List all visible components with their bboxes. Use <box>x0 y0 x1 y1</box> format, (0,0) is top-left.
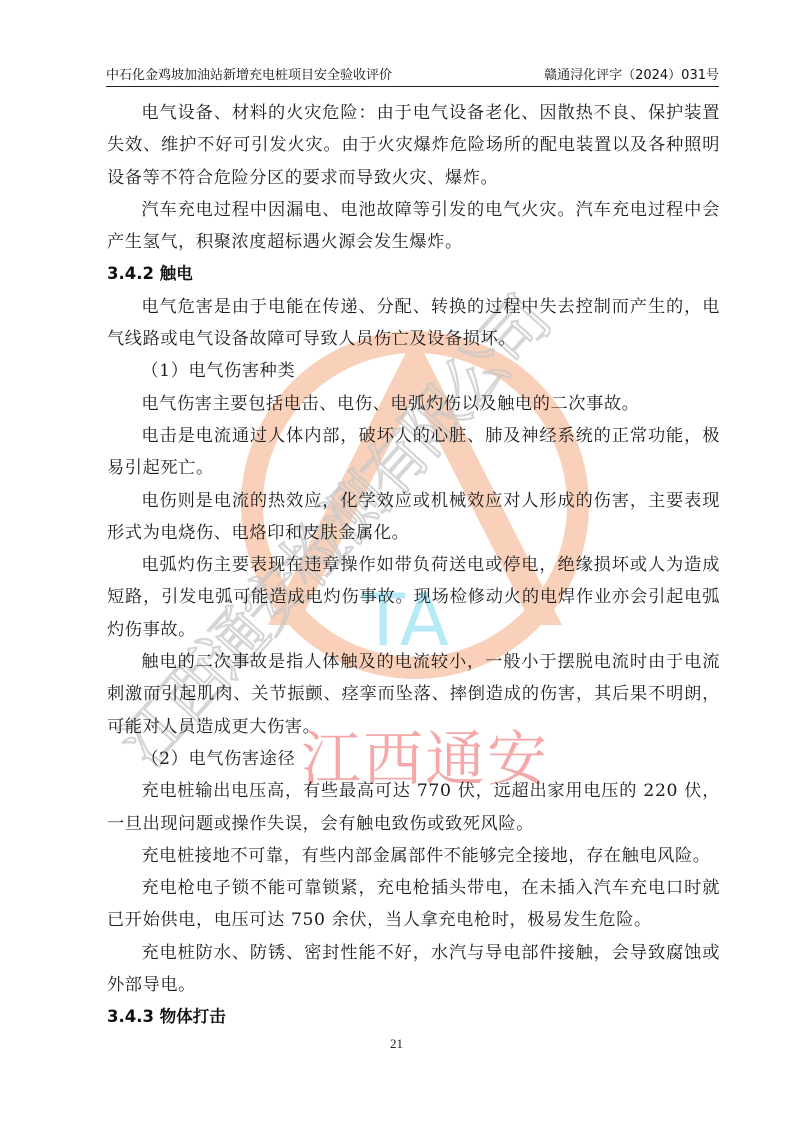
paragraph-arc-burn: 电弧灼伤主要表现在违章操作如带负荷送电或停电，绝缘损坏或人为造成短路，引发电弧可… <box>107 549 720 646</box>
paragraph-electric-burn: 电伤则是电流的热效应，化学效应或机械效应对人形成的伤害，主要表现形式为电烧伤、电… <box>107 485 720 550</box>
section-heading-3-4-3: 3.4.3 物体打击 <box>107 1001 720 1033</box>
paragraph-charging-fire: 汽车充电过程中因漏电、电池故障等引发的电气火灾。汽车充电过程中会产生氢气，积聚浓… <box>107 194 720 259</box>
paragraph-waterproofing: 充电桩防水、防锈、密封性能不好，水汽与导电部件接触，会导致腐蚀或外部导电。 <box>107 937 720 1002</box>
paragraph-injury-types: 电气伤害主要包括电击、电伤、电弧灼伤以及触电的二次事故。 <box>107 388 720 420</box>
subheading-injury-routes: （2）电气伤害途径 <box>107 743 720 775</box>
document-body: 电气设备、材料的火灾危险：由于电气设备老化、因散热不良、保护装置失效、维护不好可… <box>107 97 720 1034</box>
paragraph-charging-gun-lock: 充电枪电子锁不能可靠锁紧，充电枪插头带电，在未插入汽车充电口时就已开始供电，电压… <box>107 872 720 937</box>
section-heading-3-4-2: 3.4.2 触电 <box>107 258 720 290</box>
paragraph-electrical-hazard-intro: 电气危害是由于电能在传递、分配、转换的过程中失去控制而产生的，电气线路或电气设备… <box>107 291 720 356</box>
paragraph-high-voltage: 充电桩输出电压高，有些最高可达 770 伏，远超出家用电压的 220 伏，一旦出… <box>107 775 720 840</box>
paragraph-grounding: 充电桩接地不可靠，有些内部金属部件不能够完全接地，存在触电风险。 <box>107 840 720 872</box>
paragraph-equipment-fire-hazard: 电气设备、材料的火灾危险：由于电气设备老化、因散热不良、保护装置失效、维护不好可… <box>107 97 720 194</box>
header-document-title: 中石化金鸡坡加油站新增充电桩项目安全验收评价 <box>106 66 392 86</box>
page-number: 21 <box>0 1036 793 1052</box>
header-document-number: 赣通浔化评字（2024）031号 <box>544 66 719 86</box>
page-header: 中石化金鸡坡加油站新增充电桩项目安全验收评价 赣通浔化评字（2024）031号 <box>106 66 719 87</box>
subheading-injury-types: （1）电气伤害种类 <box>107 355 720 387</box>
paragraph-secondary-accident: 触电的二次事故是指人体触及的电流较小，一般小于摆脱电流时由于电流刺激而引起肌肉、… <box>107 646 720 743</box>
paragraph-electric-shock: 电击是电流通过人体内部，破坏人的心脏、肺及神经系统的正常功能，极易引起死亡。 <box>107 420 720 485</box>
